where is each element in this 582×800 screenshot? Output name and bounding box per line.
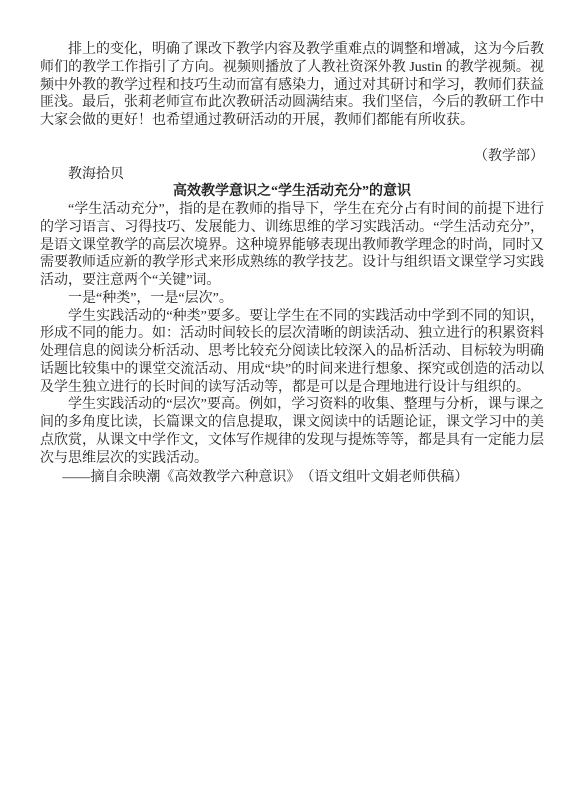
paragraph-definition: “学生活动充分”，指的是在教师的指导下，学生在充分占有时间的前提下进行的学习语言… [40,201,544,290]
paragraph-activity-variety: 学生实践活动的“种类”要多。要让学生在不同的实践活动中学到不同的知识，形成不同的… [40,308,544,397]
document-page: 排上的变化，明确了课改下教学内容及教学重难点的调整和增减，这为今后教师们的教学工… [0,0,582,800]
byline-department: （教学部） [40,148,544,166]
paragraph-continuation: 排上的变化，明确了课改下教学内容及教学重难点的调整和增减，这为今后教师们的教学工… [40,41,544,130]
attribution-line: ——摘自余映潮《高效教学六种意识》 （语文组叶文娟老师供稿） [40,469,544,487]
paragraph-activity-level: 学生实践活动的“层次”要高。例如，学习资料的收集、整理与分析，课与课之间的多角度… [40,396,544,467]
article-title: 高效教学意识之“学生活动充分”的意识 [40,183,544,201]
section-label: 教海拾贝 [40,166,544,184]
page-content: 排上的变化，明确了课改下教学内容及教学重难点的调整和增减，这为今后教师们的教学工… [40,41,544,487]
paragraph-two-keywords: 一是“种类”，一是“层次”。 [40,290,544,308]
